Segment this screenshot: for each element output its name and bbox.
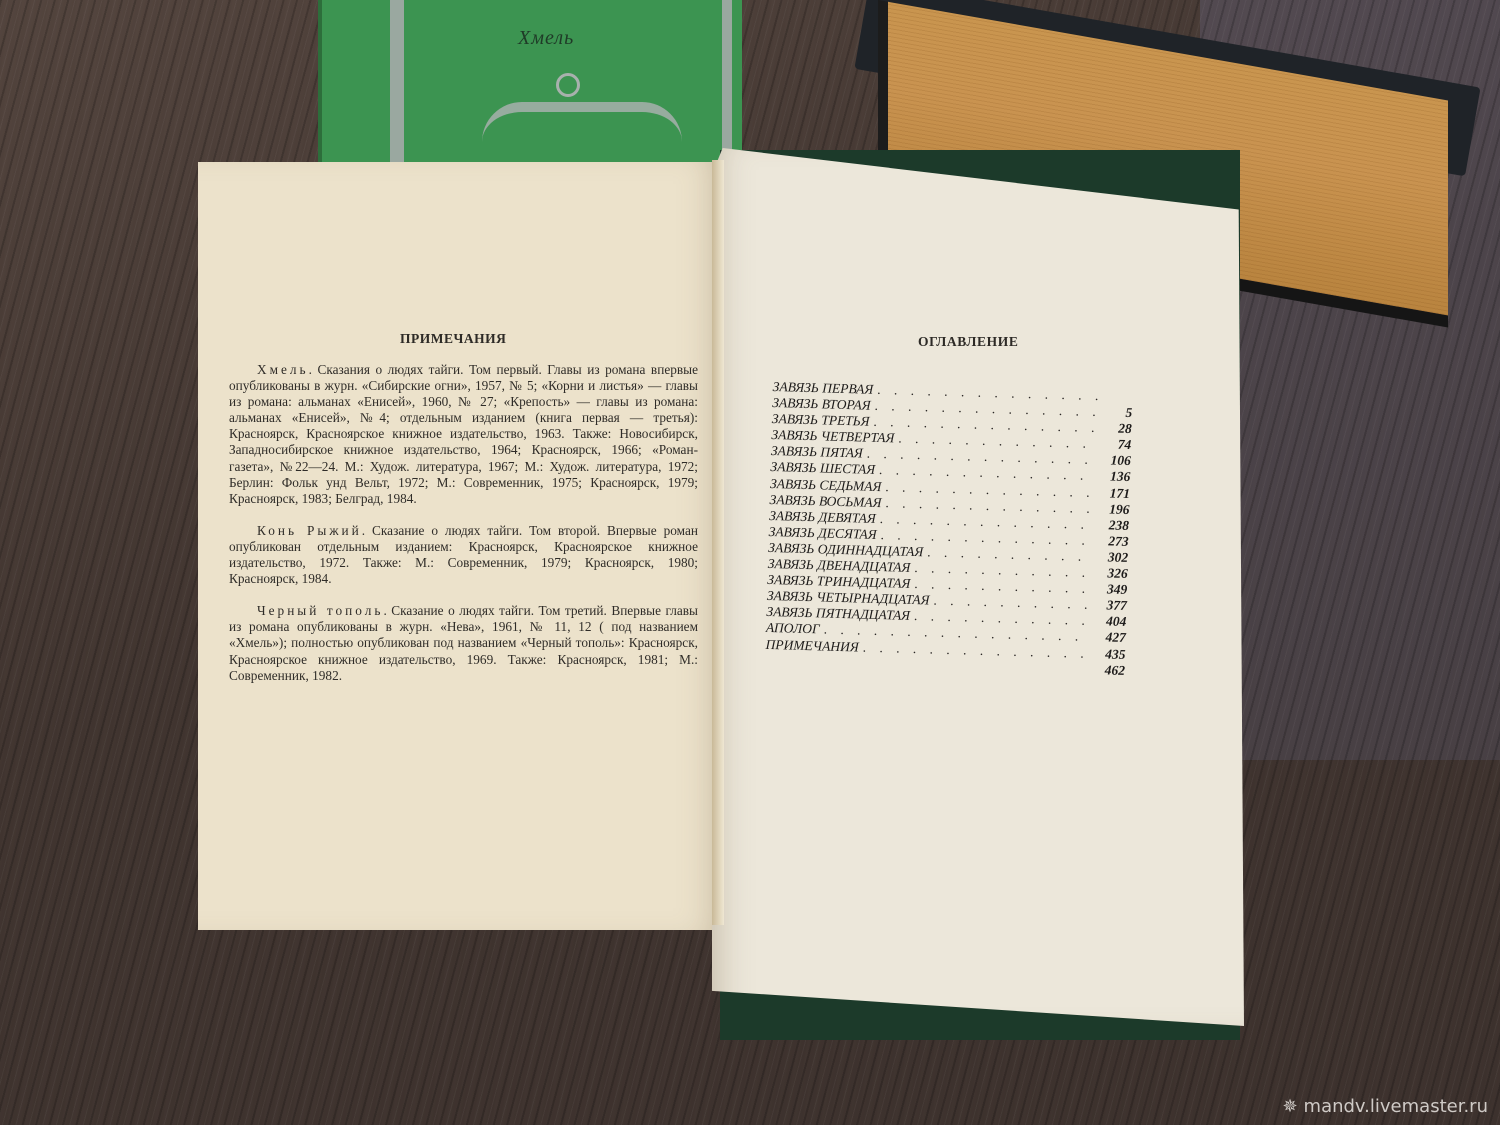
green-book-cover: Хмель	[318, 0, 742, 165]
note-title: Черный тополь	[257, 603, 383, 618]
notes-heading: ПРИМЕЧАНИЯ	[400, 331, 506, 347]
toc-page: 462	[1095, 662, 1125, 679]
notes-text: Хмель. Сказания о людях тайги. Том первы…	[229, 362, 698, 700]
note-title: Конь Рыжий	[257, 523, 362, 538]
watermark-text: mandv.livemaster.ru	[1304, 1096, 1488, 1117]
toc-page: 106	[1101, 453, 1131, 470]
toc-title: АПОЛОГ	[766, 620, 820, 637]
toc-page: 273	[1098, 533, 1128, 550]
toc-page: 349	[1097, 581, 1127, 598]
toc-page: 5	[1102, 404, 1132, 421]
toc-page: 74	[1101, 436, 1131, 453]
toc-page: 171	[1100, 485, 1130, 502]
toc-page: 28	[1102, 420, 1132, 437]
toc-page: 196	[1099, 501, 1129, 518]
note-entry: Черный тополь. Сказание о людях тайги. Т…	[229, 603, 698, 683]
toc-page	[1103, 400, 1133, 401]
snowflake-logo-icon: ✵	[1282, 1096, 1297, 1117]
toc-page: 302	[1098, 549, 1128, 566]
note-body: . Сказания о людях тайги. Том первый. Гл…	[229, 362, 698, 506]
note-title: Хмель	[257, 362, 309, 377]
cover-ornament-left	[390, 0, 404, 165]
toc-page: 377	[1097, 597, 1127, 614]
cover-ornament-right	[722, 0, 732, 165]
toc-title: ПРИМЕЧАНИЯ	[765, 636, 859, 655]
toc-page: 404	[1096, 613, 1126, 630]
toc-page: 427	[1096, 630, 1126, 647]
book-gutter	[712, 160, 724, 925]
toc-page: 136	[1100, 469, 1130, 486]
cover-ornament-arc	[482, 102, 682, 152]
cover-ornament-ring	[556, 73, 580, 97]
green-book-title: Хмель	[518, 27, 574, 50]
note-entry: Хмель. Сказания о людях тайги. Том первы…	[229, 362, 698, 507]
table-of-contents: ЗАВЯЗЬ ПЕРВАЯ. . . . . . . . . . . . . .…	[765, 379, 1133, 679]
toc-page: 435	[1095, 646, 1125, 663]
watermark: ✵ mandv.livemaster.ru	[1282, 1096, 1488, 1117]
toc-page: 326	[1097, 565, 1127, 582]
note-entry: Конь Рыжий. Сказание о людях тайги. Том …	[229, 523, 698, 587]
contents-heading: ОГЛАВЛЕНИЕ	[918, 334, 1018, 350]
toc-page: 238	[1099, 517, 1129, 534]
